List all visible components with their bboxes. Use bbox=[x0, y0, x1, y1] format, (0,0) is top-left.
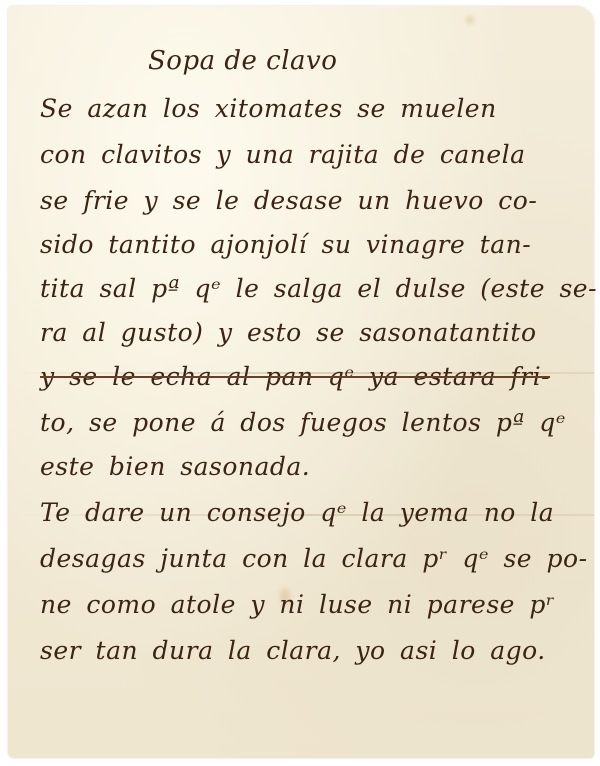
recipe-line: desagas junta con la clara pʳ qᵉ se po- bbox=[40, 544, 588, 573]
recipe-line: tita sal pª qᵉ le salga el dulse (este s… bbox=[40, 274, 597, 303]
recipe-line: con clavitos y una rajita de canela bbox=[40, 140, 526, 169]
recipe-line: sido tantito ajonjolí su vinagre tan- bbox=[40, 230, 531, 259]
recipe-line: ser tan dura la clara, yo asi lo ago. bbox=[40, 636, 546, 665]
paper-sheet: Sopa de clavo Se azan los xitomates se m… bbox=[8, 6, 594, 758]
recipe-title: Sopa de clavo bbox=[148, 46, 337, 76]
recipe-line: este bien sasonada. bbox=[40, 452, 310, 481]
recipe-line: Se azan los xitomates se muelen bbox=[40, 94, 497, 123]
recipe-line-struck-through: y se le echa al pan qᵉ ya estara fri- bbox=[40, 362, 550, 391]
recipe-line: to, se pone á dos fuegos lentos pª qᵉ bbox=[40, 408, 566, 437]
recipe-line: ne como atole y ni luse ni parese pʳ bbox=[40, 590, 555, 619]
recipe-line: Te dare un consejo qᵉ la yema no la bbox=[40, 498, 554, 527]
recipe-line: se frie y se le desase un huevo co- bbox=[40, 186, 537, 215]
recipe-line: ra al gusto) y esto se sasonatantito bbox=[40, 318, 537, 347]
paper-stain bbox=[466, 16, 474, 24]
